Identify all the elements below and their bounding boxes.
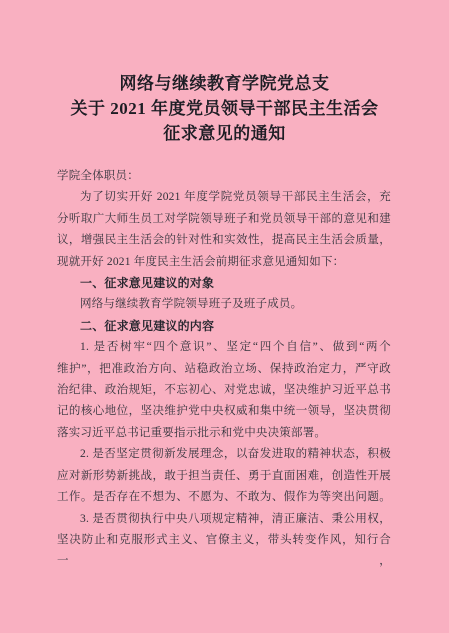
section2-item3-line: 3. 是否贯彻执行中央八项规定精神，清正廉洁、秉公用权， <box>57 509 391 530</box>
title-line-2: 关于 2021 年度党员领导干部民主生活会 <box>0 96 449 121</box>
section2-item2-line: 工作。是否存在不想为、不愿为、不敢为、假作为等突出问题。 <box>57 487 391 508</box>
paragraph1-line: 为了切实开好 2021 年度学院党员领导干部民主生活会，充 <box>57 187 391 208</box>
section2-item1-line: 落实习近平总书记重要指示批示和党中央决策部署。 <box>57 423 391 444</box>
section2-heading: 二、征求意见建议的内容 <box>57 316 391 337</box>
document-body: 学院全体职员： 为了切实开好 2021 年度学院党员领导干部民主生活会，充 分听… <box>57 166 391 573</box>
title-line-3: 征求意见的通知 <box>0 121 449 146</box>
title-line-1: 网络与继续教育学院党总支 <box>0 71 449 96</box>
paragraph1-line: 议，增强民主生活会的针对性和实效性，提高民主生活会质量， <box>57 230 391 251</box>
section1-heading: 一、征求意见建议的对象 <box>57 273 391 294</box>
section2-item1-line: 记的核心地位，坚决维护党中央权威和集中统一领导，坚决贯彻 <box>57 401 391 422</box>
document-title: 网络与继续教育学院党总支 关于 2021 年度党员领导干部民主生活会 征求意见的… <box>0 0 449 146</box>
section2-item1-line: 1. 是否树牢“四个意识”、坚定“四个自信”、做到“两个 <box>57 337 391 358</box>
section1-line: 网络与继续教育学院领导班子及班子成员。 <box>57 294 391 315</box>
paragraph1-line: 现就开好 2021 年度民主生活会前期征求意见通知如下： <box>57 252 391 273</box>
section2-item1-line: 治纪律、政治规矩，不忘初心、对党忠诚，坚决维护习近平总书 <box>57 380 391 401</box>
section2-item1-line: 维护”，把准政治方向、站稳政治立场、保持政治定力，严守政 <box>57 359 391 380</box>
scanned-notice-page: 网络与继续教育学院党总支 关于 2021 年度党员领导干部民主生活会 征求意见的… <box>0 0 449 633</box>
section2-item3-line: 坚决防止和克服形式主义、官僚主义，带头转变作风，知行合一， <box>57 530 391 573</box>
section2-item2-line: 应对新形势新挑战，敢于担当责任、勇于直面困难，创造性开展 <box>57 466 391 487</box>
paragraph1-line: 分听取广大师生员工对学院领导班子和党员领导干部的意见和建 <box>57 209 391 230</box>
salutation: 学院全体职员： <box>57 166 391 187</box>
section2-item2-line: 2. 是否坚定贯彻新发展理念，以奋发进取的精神状态，积极 <box>57 444 391 465</box>
